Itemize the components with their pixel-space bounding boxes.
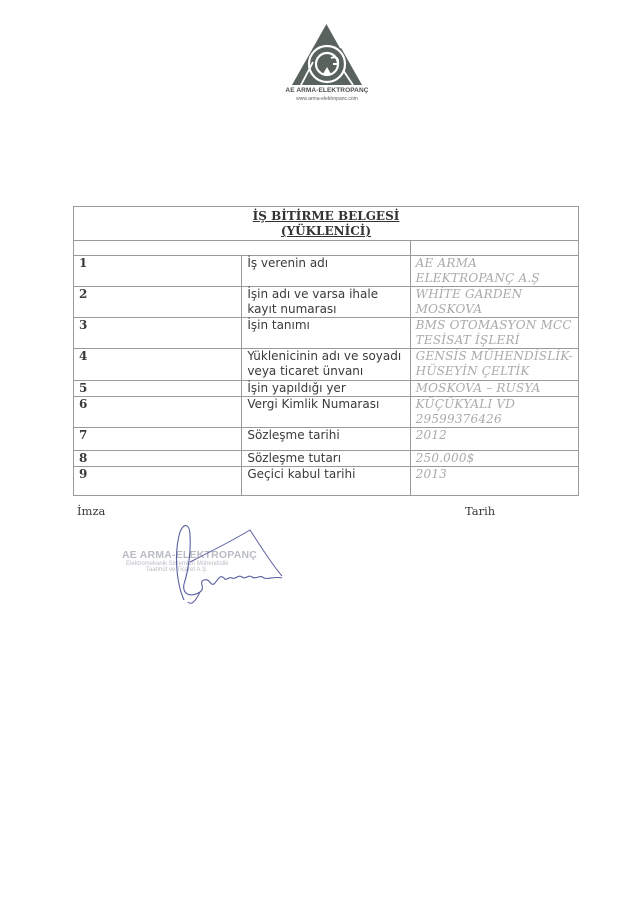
row-number: 4 bbox=[74, 349, 242, 381]
table-row: 4 Yüklenicinin adı ve soyadı veya ticare… bbox=[74, 349, 579, 381]
title-line-2: (YÜKLENİCİ) bbox=[74, 224, 578, 239]
table-row: 9 Geçici kabul tarihi 2013 bbox=[74, 467, 579, 496]
row-label: Yüklenicinin adı ve soyadı veya ticaret … bbox=[242, 349, 410, 381]
date-label: Tarih bbox=[465, 504, 495, 518]
spacer-row bbox=[74, 241, 579, 256]
row-number: 2 bbox=[74, 287, 242, 318]
title-line-1: İŞ BİTİRME BELGESİ bbox=[74, 209, 578, 224]
logo-company-name: AE ARMA-ELEKTROPANÇ bbox=[282, 87, 372, 94]
row-label: İşin adı ve varsa ihale kayıt numarası bbox=[242, 287, 410, 318]
logo-website: www.arma-elektropanc.com bbox=[282, 96, 372, 102]
row-value: GENSİS MÜHENDİSLİK-HÜSEYİN ÇELTİK bbox=[410, 349, 578, 381]
row-number: 3 bbox=[74, 318, 242, 349]
row-value: 2012 bbox=[410, 428, 578, 451]
row-label: İş verenin adı bbox=[242, 256, 410, 287]
row-label: Sözleşme tutarı bbox=[242, 451, 410, 467]
row-number: 9 bbox=[74, 467, 242, 496]
table-row: 5 İşin yapıldığı yer MOSKOVA – RUSYA bbox=[74, 381, 579, 397]
row-value: KÜÇÜKYALI VD 29599376426 bbox=[410, 397, 578, 428]
row-label: Geçici kabul tarihi bbox=[242, 467, 410, 496]
row-value: 2013 bbox=[410, 467, 578, 496]
table-row: 1 İş verenin adı AE ARMA ELEKTROPANÇ A.Ş bbox=[74, 256, 579, 287]
row-label: İşin yapıldığı yer bbox=[242, 381, 410, 397]
table-row: 2 İşin adı ve varsa ihale kayıt numarası… bbox=[74, 287, 579, 318]
row-value: BMS OTOMASYON MCC TESİSAT İŞLERİ bbox=[410, 318, 578, 349]
signature-label: İmza bbox=[77, 504, 105, 518]
row-number: 8 bbox=[74, 451, 242, 467]
table-row: 3 İşin tanımı BMS OTOMASYON MCC TESİSAT … bbox=[74, 318, 579, 349]
table-row: 7 Sözleşme tarihi 2012 bbox=[74, 428, 579, 451]
row-value: WHİTE GARDEN MOSKOVA bbox=[410, 287, 578, 318]
row-value: AE ARMA ELEKTROPANÇ A.Ş bbox=[410, 256, 578, 287]
row-value: MOSKOVA – RUSYA bbox=[410, 381, 578, 397]
spacer-cell-right bbox=[410, 241, 578, 256]
completion-certificate-table: İŞ BİTİRME BELGESİ (YÜKLENİCİ) 1 İş vere… bbox=[73, 206, 579, 496]
row-label: İşin tanımı bbox=[242, 318, 410, 349]
row-label: Sözleşme tarihi bbox=[242, 428, 410, 451]
ae-triangle-logo-icon bbox=[291, 22, 363, 86]
company-logo: AE ARMA-ELEKTROPANÇ www.arma-elektropanc… bbox=[282, 22, 372, 122]
table-row: 8 Sözleşme tutarı 250.000$ bbox=[74, 451, 579, 467]
row-number: 5 bbox=[74, 381, 242, 397]
row-number: 6 bbox=[74, 397, 242, 428]
handwritten-signature-icon bbox=[170, 522, 290, 607]
spacer-cell-left bbox=[74, 241, 411, 256]
row-number: 1 bbox=[74, 256, 242, 287]
row-number: 7 bbox=[74, 428, 242, 451]
row-value: 250.000$ bbox=[410, 451, 578, 467]
title-row: İŞ BİTİRME BELGESİ (YÜKLENİCİ) bbox=[74, 207, 579, 241]
document-title: İŞ BİTİRME BELGESİ (YÜKLENİCİ) bbox=[74, 207, 579, 241]
table-row: 6 Vergi Kimlik Numarası KÜÇÜKYALI VD 295… bbox=[74, 397, 579, 428]
row-label: Vergi Kimlik Numarası bbox=[242, 397, 410, 428]
